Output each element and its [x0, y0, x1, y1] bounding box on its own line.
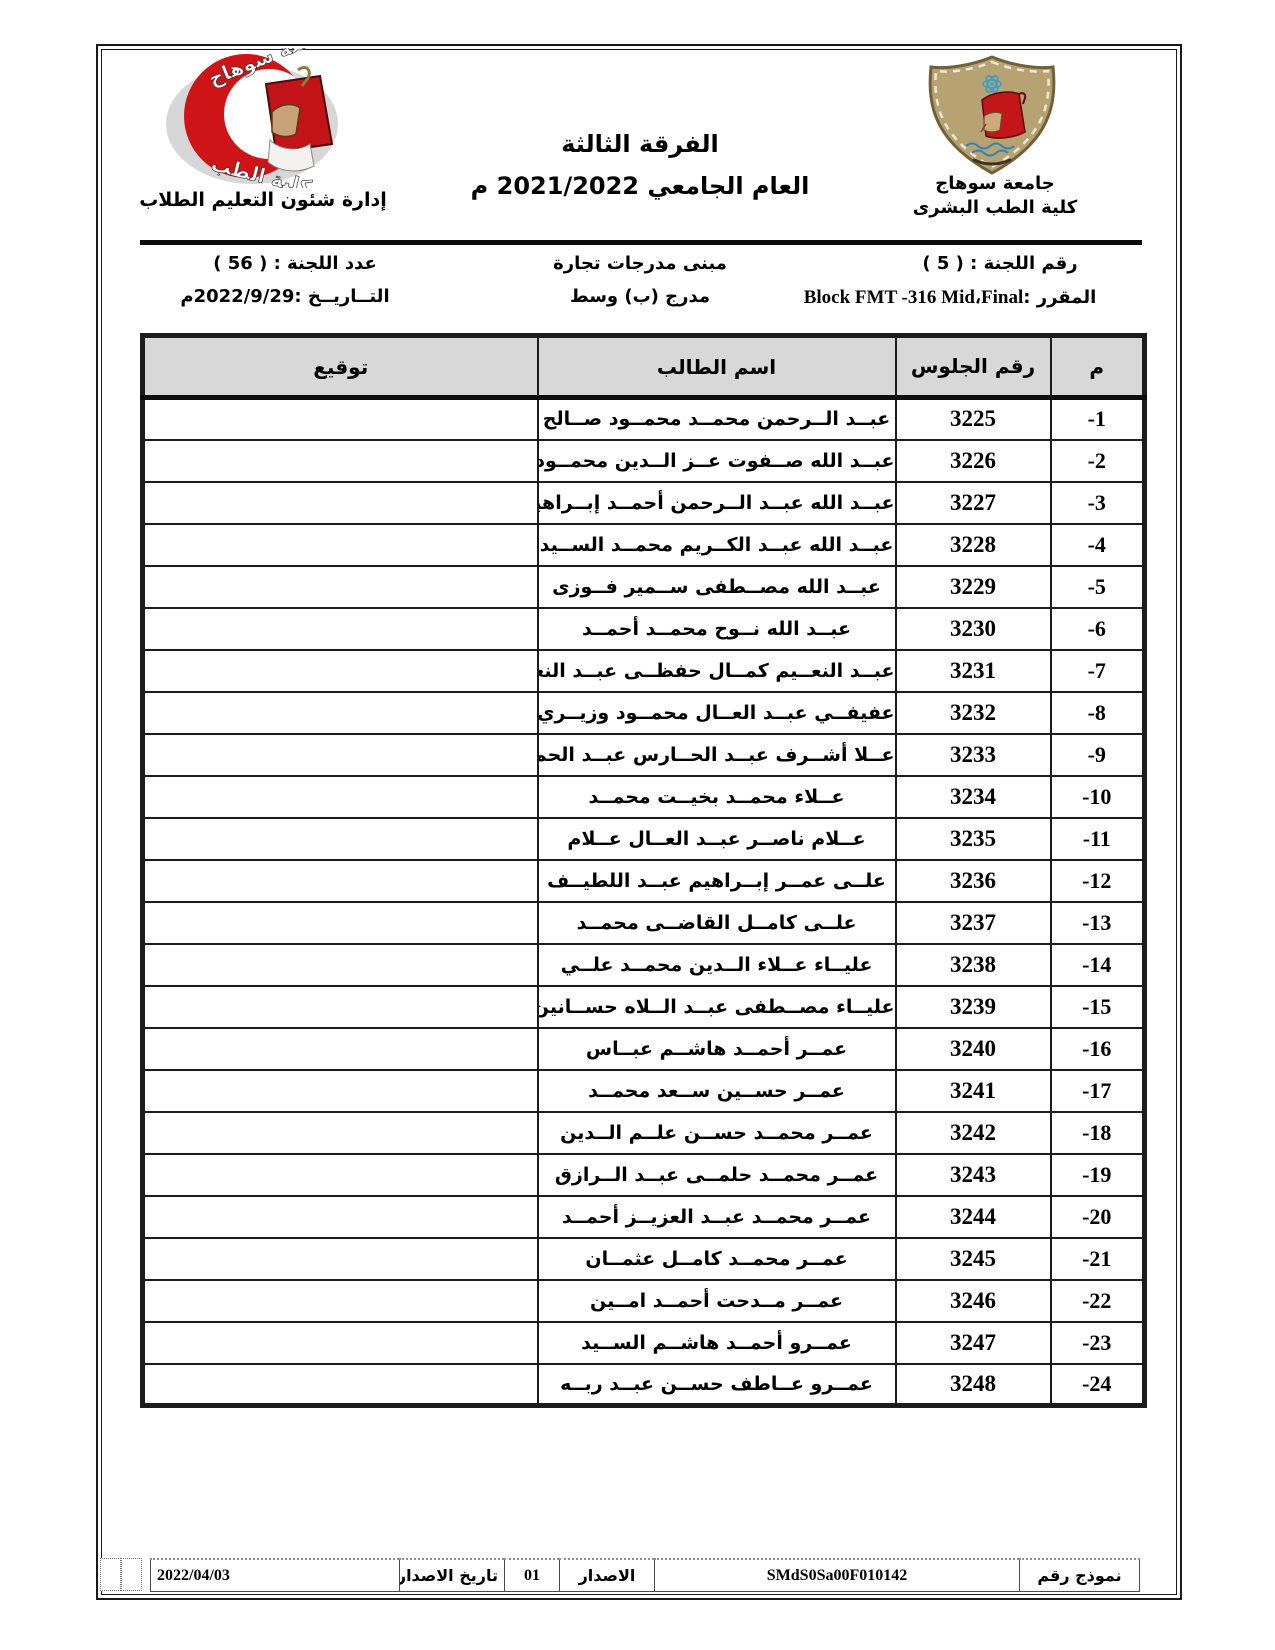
university-name: جامعة سوهاج — [880, 172, 1110, 196]
seat-number: 3231 — [896, 650, 1051, 692]
seat-number: 3246 — [896, 1280, 1051, 1322]
student-name: عمــر محمــد حلمــى عبــد الــرازق — [538, 1154, 896, 1196]
signature-cell — [143, 692, 538, 734]
footer-mini-box-1 — [100, 1558, 121, 1591]
course-value: Block FMT -316 Mid،Final — [804, 287, 1024, 308]
seat-number: 3239 — [896, 986, 1051, 1028]
row-index: -21 — [1051, 1238, 1145, 1280]
table-row: -163240عمــر أحمــد هاشــم عبــاس — [143, 1028, 1145, 1070]
row-index: -2 — [1051, 440, 1145, 482]
admin-caption: إدارة شئون التعليم الطلاب — [118, 188, 408, 214]
student-name: عمــر محمــد كامــل عثمــان — [538, 1238, 896, 1280]
seat-number: 3225 — [896, 398, 1051, 440]
student-name: عبــد الــرحمن محمــد محمــود صــالح — [538, 398, 896, 440]
table-row: -223246عمــر مــدحت أحمــد امــين — [143, 1280, 1145, 1322]
row-index: -24 — [1051, 1364, 1145, 1406]
seat-number: 3237 — [896, 902, 1051, 944]
student-name: عليــاء عــلاء الــدين محمــد علــي — [538, 944, 896, 986]
table-row: -193243عمــر محمــد حلمــى عبــد الــراز… — [143, 1154, 1145, 1196]
row-index: -3 — [1051, 482, 1145, 524]
student-name: عبــد الله نــوح محمــد أحمــد — [538, 608, 896, 650]
header-signature: توقيع — [143, 336, 538, 398]
seat-number: 3240 — [896, 1028, 1051, 1070]
academic-year: العام الجامعي 2021/2022 م — [400, 172, 880, 200]
signature-cell — [143, 482, 538, 524]
form-number-label: نموذج رقم — [1020, 1559, 1140, 1592]
building-name: مبنى مدرجات تجارة — [480, 253, 800, 274]
seat-number: 3227 — [896, 482, 1051, 524]
table-row: -53229عبــد الله مصــطفى ســمير فــوزى — [143, 566, 1145, 608]
signature-cell — [143, 1112, 538, 1154]
row-index: -15 — [1051, 986, 1145, 1028]
seat-number: 3232 — [896, 692, 1051, 734]
table-row: -93233عــلا أشــرف عبــد الحــارس عبــد … — [143, 734, 1145, 776]
header-name: اسم الطالب — [538, 336, 896, 398]
page-title: الفرقة الثالثة — [400, 130, 880, 158]
faculty-name: كلية الطب البشرى — [880, 196, 1110, 220]
table-header-row: م رقم الجلوس اسم الطالب توقيع — [143, 336, 1145, 398]
row-index: -12 — [1051, 860, 1145, 902]
issue-label: الاصدار — [560, 1559, 655, 1592]
header-index: م — [1051, 336, 1145, 398]
header-seat: رقم الجلوس — [896, 336, 1051, 398]
signature-cell — [143, 734, 538, 776]
student-name: عمــر محمــد حســن علــم الــدين — [538, 1112, 896, 1154]
signature-cell — [143, 860, 538, 902]
table-row: -233247عمــرو أحمــد هاشــم الســيد — [143, 1322, 1145, 1364]
row-index: -20 — [1051, 1196, 1145, 1238]
table-row: -203244عمــر محمــد عبــد العزيــز أحمــ… — [143, 1196, 1145, 1238]
signature-cell — [143, 818, 538, 860]
row-index: -19 — [1051, 1154, 1145, 1196]
signature-cell — [143, 524, 538, 566]
row-index: -9 — [1051, 734, 1145, 776]
seat-number: 3234 — [896, 776, 1051, 818]
table-row: -173241عمــر حســين ســعد محمــد — [143, 1070, 1145, 1112]
signature-cell — [143, 986, 538, 1028]
seat-number: 3229 — [896, 566, 1051, 608]
table-row: -183242عمــر محمــد حســن علــم الــدين — [143, 1112, 1145, 1154]
row-index: -13 — [1051, 902, 1145, 944]
table-row: -143238عليــاء عــلاء الــدين محمــد علـ… — [143, 944, 1145, 986]
form-number-value: SMdS0Sa00F010142 — [655, 1559, 1020, 1592]
table-row: -63230عبــد الله نــوح محمــد أحمــد — [143, 608, 1145, 650]
student-name: علــى كامــل القاضــى محمــد — [538, 902, 896, 944]
hall-name: مدرج (ب) وسط — [480, 286, 800, 307]
signature-cell — [143, 902, 538, 944]
student-table: م رقم الجلوس اسم الطالب توقيع -13225عبــ… — [140, 333, 1147, 1408]
signature-cell — [143, 566, 538, 608]
signature-cell — [143, 1196, 538, 1238]
signature-cell — [143, 1280, 538, 1322]
table-row: -133237علــى كامــل القاضــى محمــد — [143, 902, 1145, 944]
seat-number: 3228 — [896, 524, 1051, 566]
student-name: عمــر أحمــد هاشــم عبــاس — [538, 1028, 896, 1070]
table-row: -113235عــلام ناصــر عبــد العــال عــلا… — [143, 818, 1145, 860]
row-index: -17 — [1051, 1070, 1145, 1112]
form-footer: نموذج رقم SMdS0Sa00F010142 الاصدار 01 تا… — [150, 1558, 1140, 1592]
row-index: -6 — [1051, 608, 1145, 650]
seat-number: 3230 — [896, 608, 1051, 650]
faculty-crescent-logo: جامعة سوهاج كلية الطب — [148, 48, 360, 188]
issue-date-value: 2022/04/03 — [151, 1559, 400, 1592]
seat-number: 3238 — [896, 944, 1051, 986]
seat-number: 3235 — [896, 818, 1051, 860]
committee-number: رقم اللجنة : ( 5 ) — [860, 253, 1140, 274]
row-index: -23 — [1051, 1322, 1145, 1364]
signature-cell — [143, 1322, 538, 1364]
row-index: -5 — [1051, 566, 1145, 608]
signature-cell — [143, 1238, 538, 1280]
row-index: -4 — [1051, 524, 1145, 566]
seat-number: 3243 — [896, 1154, 1051, 1196]
table-row: -103234عــلاء محمــد بخيــت محمــد — [143, 776, 1145, 818]
table-row: -243248عمــرو عــاطف حســن عبــد ربــه — [143, 1364, 1145, 1406]
signature-cell — [143, 776, 538, 818]
student-name: عبــد الله عبــد الكــريم محمــد الســيد — [538, 524, 896, 566]
row-index: -1 — [1051, 398, 1145, 440]
row-index: -10 — [1051, 776, 1145, 818]
student-name: عمــر حســين ســعد محمــد — [538, 1070, 896, 1112]
footer-mini-box-2 — [121, 1558, 142, 1591]
header-separator — [140, 240, 1142, 245]
seat-number: 3245 — [896, 1238, 1051, 1280]
table-row: -73231عبــد النعــيم كمــال حفظــى عبــد… — [143, 650, 1145, 692]
university-shield-logo — [922, 54, 1062, 176]
student-name: عــلاء محمــد بخيــت محمــد — [538, 776, 896, 818]
student-name: عــلا أشــرف عبــد الحــارس عبــد الحميـ… — [538, 734, 896, 776]
seat-number: 3242 — [896, 1112, 1051, 1154]
signature-cell — [143, 650, 538, 692]
issue-date-label: تاريخ الاصدار — [400, 1559, 505, 1592]
student-name: عمــر محمــد عبــد العزيــز أحمــد — [538, 1196, 896, 1238]
student-table-body: -13225عبــد الــرحمن محمــد محمــود صــا… — [143, 398, 1145, 1406]
table-row: -153239عليــاء مصــطفى عبــد الــلاه حسـ… — [143, 986, 1145, 1028]
seat-number: 3247 — [896, 1322, 1051, 1364]
row-index: -22 — [1051, 1280, 1145, 1322]
student-name: عمــرو عــاطف حســن عبــد ربــه — [538, 1364, 896, 1406]
row-index: -18 — [1051, 1112, 1145, 1154]
signature-cell — [143, 1364, 538, 1406]
student-name: عبــد الله مصــطفى ســمير فــوزى — [538, 566, 896, 608]
student-name: عبــد النعــيم كمــال حفظــى عبــد النعـ… — [538, 650, 896, 692]
exam-date: التــاريــخ :2022/9/29م — [180, 286, 390, 307]
student-name: عمــر مــدحت أحمــد امــين — [538, 1280, 896, 1322]
table-row: -213245عمــر محمــد كامــل عثمــان — [143, 1238, 1145, 1280]
table-row: -13225عبــد الــرحمن محمــد محمــود صــا… — [143, 398, 1145, 440]
student-name: عبــد الله صــفوت عــز الــدين محمــود — [538, 440, 896, 482]
student-name: علــى عمــر إبــراهيم عبــد اللطيــف — [538, 860, 896, 902]
seat-number: 3241 — [896, 1070, 1051, 1112]
seat-number: 3233 — [896, 734, 1051, 776]
student-name: عــلام ناصــر عبــد العــال عــلام — [538, 818, 896, 860]
row-index: -14 — [1051, 944, 1145, 986]
seat-number: 3248 — [896, 1364, 1051, 1406]
row-index: -11 — [1051, 818, 1145, 860]
seat-number: 3236 — [896, 860, 1051, 902]
committee-count: عدد اللجنة : ( 56 ) — [200, 253, 390, 274]
course-label: المقرر : — [1023, 287, 1096, 308]
row-index: -8 — [1051, 692, 1145, 734]
table-row: -43228عبــد الله عبــد الكــريم محمــد ا… — [143, 524, 1145, 566]
signature-cell — [143, 440, 538, 482]
student-name: عبــد الله عبــد الــرحمن أحمــد إبــراه… — [538, 482, 896, 524]
signature-cell — [143, 944, 538, 986]
signature-cell — [143, 1028, 538, 1070]
table-row: -123236علــى عمــر إبــراهيم عبــد اللطي… — [143, 860, 1145, 902]
seat-number: 3244 — [896, 1196, 1051, 1238]
row-index: -16 — [1051, 1028, 1145, 1070]
signature-cell — [143, 608, 538, 650]
table-row: -23226عبــد الله صــفوت عــز الــدين محم… — [143, 440, 1145, 482]
issue-value: 01 — [505, 1559, 560, 1592]
student-name: عمــرو أحمــد هاشــم الســيد — [538, 1322, 896, 1364]
document-page: جامعة سوهاج كلية الطب البشرى الفرقة الثا… — [0, 0, 1275, 1650]
row-index: -7 — [1051, 650, 1145, 692]
student-name: عليــاء مصــطفى عبــد الــلاه حســانين — [538, 986, 896, 1028]
signature-cell — [143, 1070, 538, 1112]
table-row: -33227عبــد الله عبــد الــرحمن أحمــد إ… — [143, 482, 1145, 524]
signature-cell — [143, 1154, 538, 1196]
signature-cell — [143, 398, 538, 440]
university-caption: جامعة سوهاج كلية الطب البشرى — [880, 172, 1110, 221]
course-line: المقرر :Block FMT -316 Mid،Final — [760, 286, 1140, 309]
seat-number: 3226 — [896, 440, 1051, 482]
student-name: عفيفــي عبــد العــال محمــود وزيــري — [538, 692, 896, 734]
table-row: -83232عفيفــي عبــد العــال محمــود وزيـ… — [143, 692, 1145, 734]
